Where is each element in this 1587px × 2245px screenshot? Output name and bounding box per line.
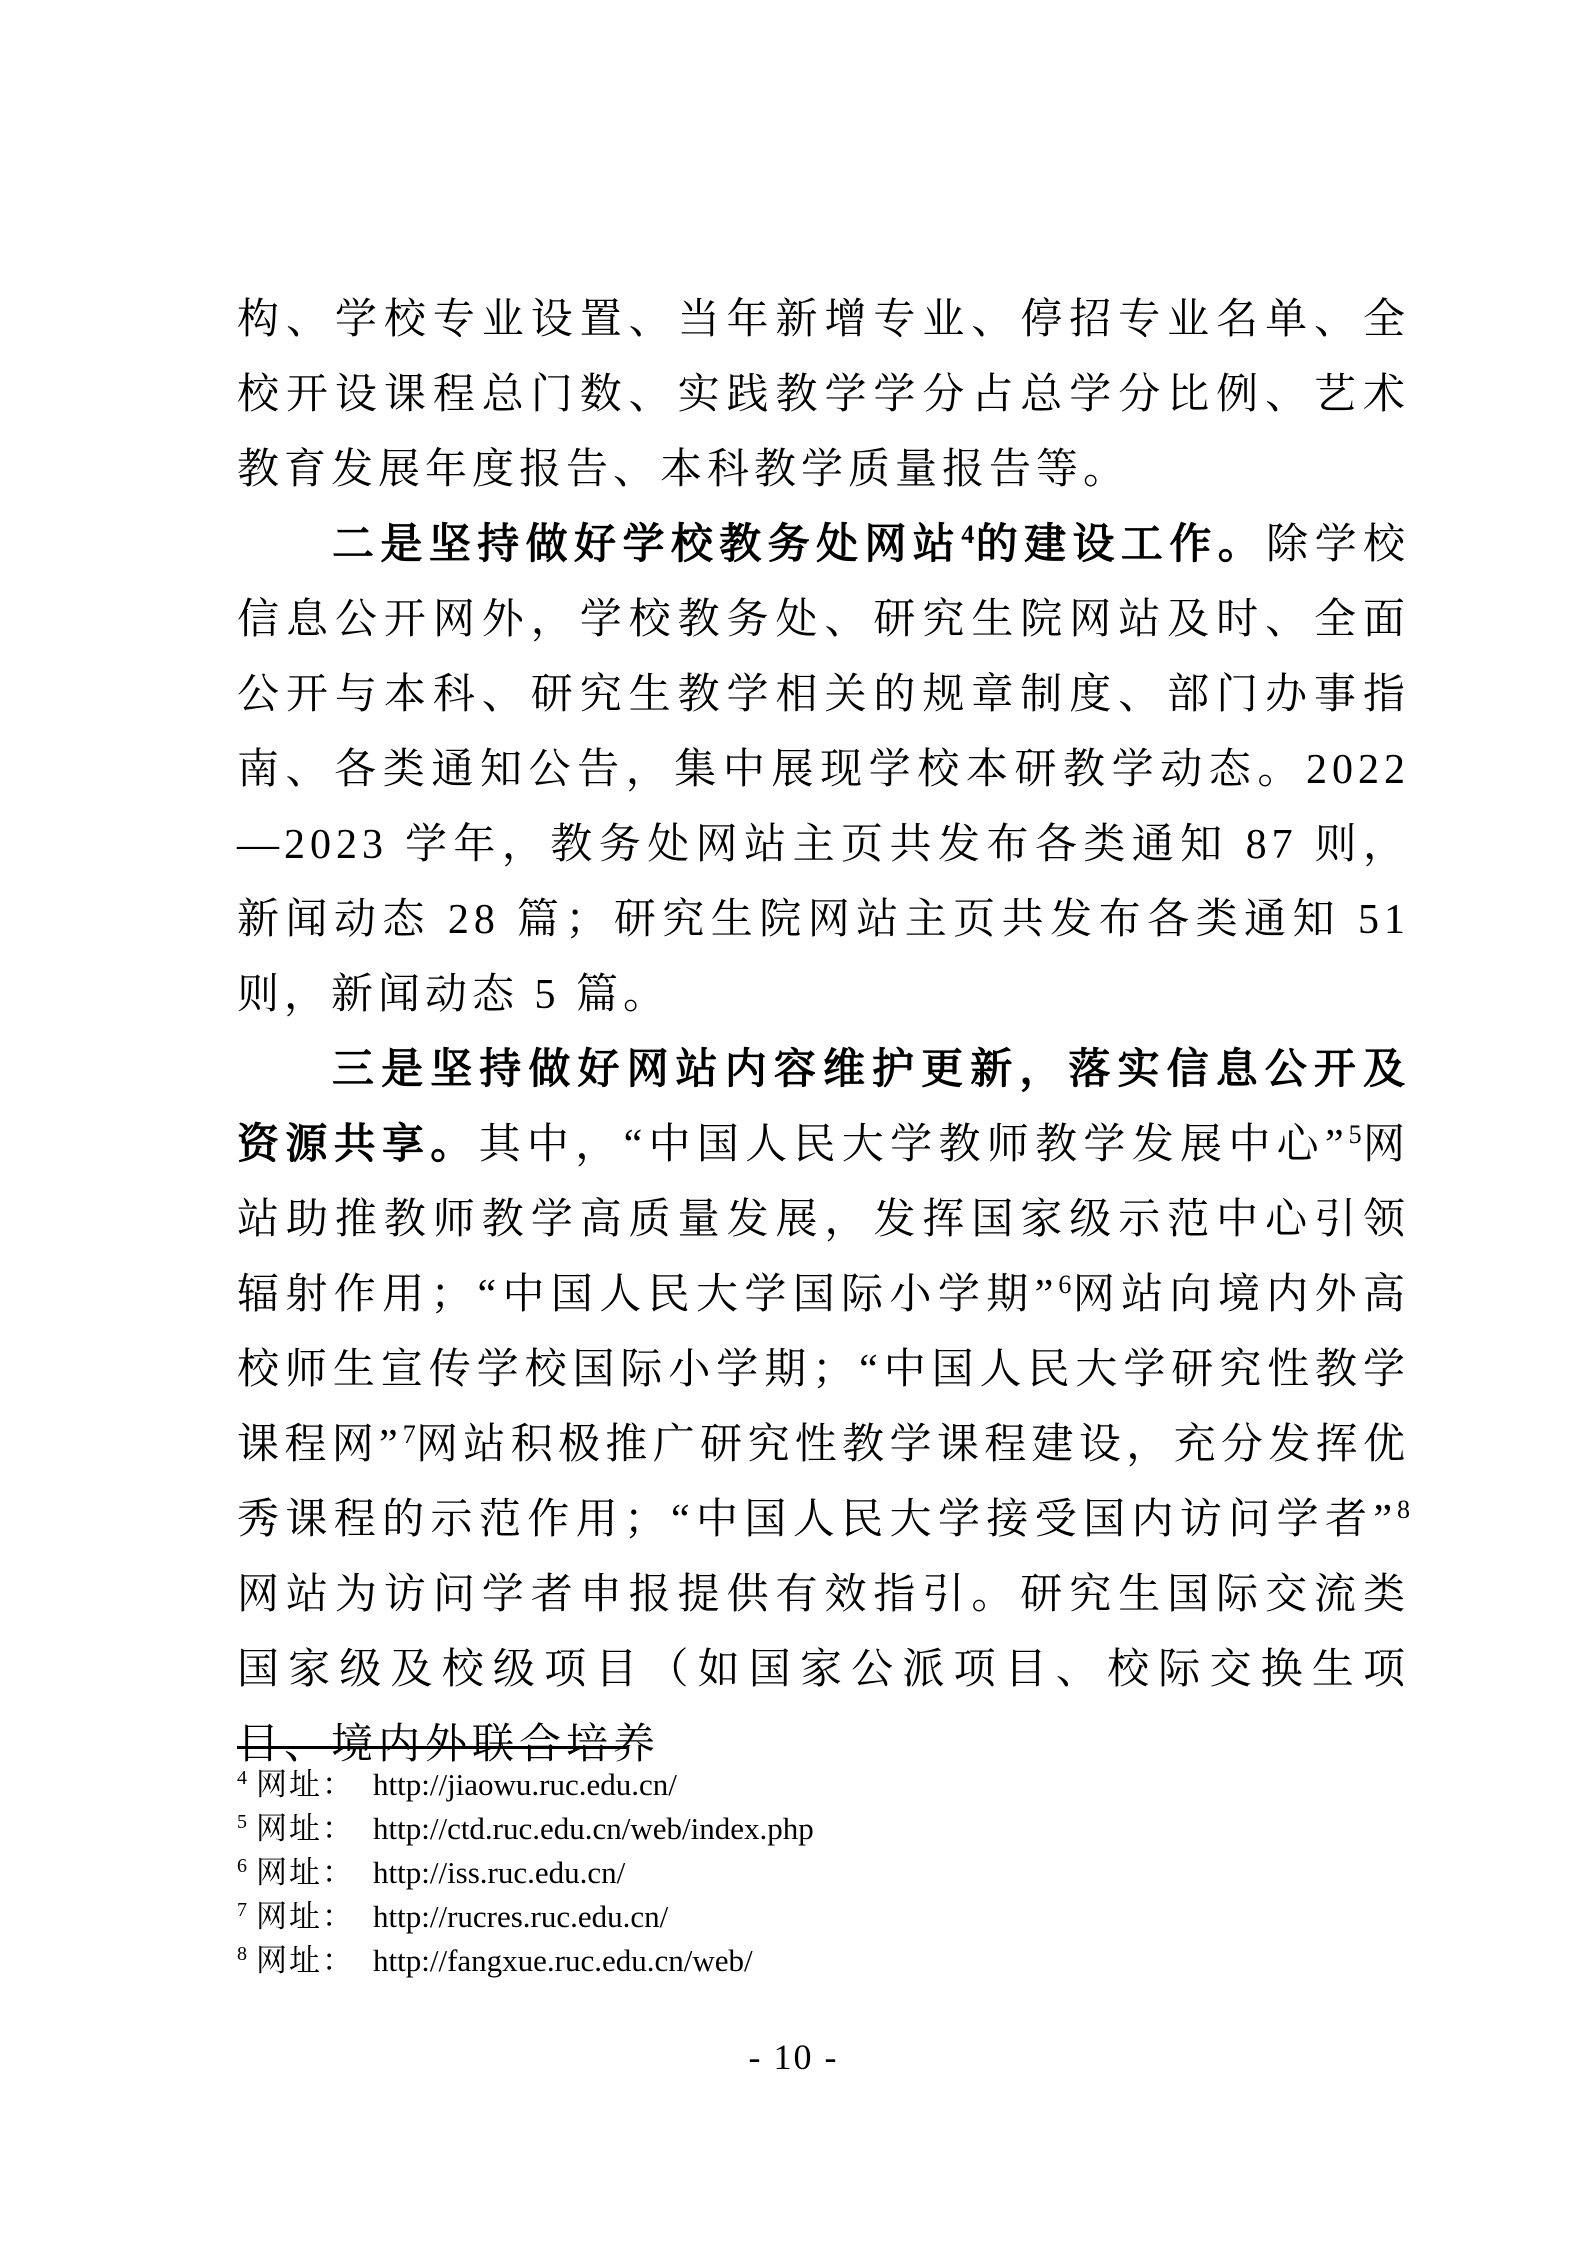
footnote-label: 网址： xyxy=(256,1767,355,1802)
page-number: - 10 - xyxy=(0,2036,1587,2078)
paragraph: 构、学校专业设置、当年新增专业、停招专业名单、全校开设课程总门数、实践教学学分占… xyxy=(237,283,1410,508)
text-run: 构、学校专业设置、当年新增专业、停招专业名单、全校开设课程总门数、实践教学学分占… xyxy=(237,297,1410,493)
text-run: 二是坚持做好学校教务处网站 xyxy=(332,522,961,568)
footnote-url: http://iss.ruc.edu.cn/ xyxy=(373,1855,625,1890)
footnote-label: 网址： xyxy=(256,1943,355,1978)
footnote-number: 8 xyxy=(237,1943,248,1965)
text-run: 的建设工作。 xyxy=(974,522,1266,568)
paragraph: 二是坚持做好学校教务处网站4的建设工作。除学校信息公开网外，学校教务处、研究生院… xyxy=(237,508,1410,1033)
footnote-separator xyxy=(237,1746,627,1749)
footnote-area: 4网址：http://jiaowu.ruc.edu.cn/5网址：http://… xyxy=(237,1746,1410,1983)
footnote-label: 网址： xyxy=(256,1811,355,1846)
footnote-item: 7网址：http://rucres.ruc.edu.cn/ xyxy=(237,1895,1410,1939)
footnote-label: 网址： xyxy=(256,1899,355,1934)
footnote-reference: 5 xyxy=(1349,1120,1362,1149)
footnote-number: 7 xyxy=(237,1899,248,1921)
footnote-reference: 7 xyxy=(403,1420,416,1449)
footnote-reference: 8 xyxy=(1397,1495,1410,1524)
text-run: 其中，“中国人民大学教师教学发展中心” xyxy=(479,1122,1349,1168)
footnote-number: 4 xyxy=(237,1767,248,1789)
footnote-item: 6网址：http://iss.ruc.edu.cn/ xyxy=(237,1851,1410,1895)
footnote-url: http://fangxue.ruc.edu.cn/web/ xyxy=(373,1943,753,1978)
footnote-number: 6 xyxy=(237,1855,248,1877)
footnote-item: 5网址：http://ctd.ruc.edu.cn/web/index.php xyxy=(237,1807,1410,1851)
footnote-item: 4网址：http://jiaowu.ruc.edu.cn/ xyxy=(237,1763,1410,1807)
text-run: 除学校信息公开网外，学校教务处、研究生院网站及时、全面公开与本科、研究生教学相关… xyxy=(237,522,1410,1018)
document-body: 构、学校专业设置、当年新增专业、停招专业名单、全校开设课程总门数、实践教学学分占… xyxy=(237,283,1410,1783)
footnote-label: 网址： xyxy=(256,1855,355,1890)
document-page: 构、学校专业设置、当年新增专业、停招专业名单、全校开设课程总门数、实践教学学分占… xyxy=(0,0,1587,2245)
footnote-url: http://ctd.ruc.edu.cn/web/index.php xyxy=(373,1811,814,1846)
footnote-url: http://rucres.ruc.edu.cn/ xyxy=(373,1899,668,1934)
text-run: 网站为访问学者申报提供有效指引。研究生国际交流类国家级及校级项目（如国家公派项目… xyxy=(237,1572,1410,1768)
footnote-list: 4网址：http://jiaowu.ruc.edu.cn/5网址：http://… xyxy=(237,1763,1410,1983)
footnote-reference: 6 xyxy=(1058,1270,1071,1299)
footnote-url: http://jiaowu.ruc.edu.cn/ xyxy=(373,1767,677,1802)
footnote-number: 5 xyxy=(237,1811,248,1833)
footnote-item: 8网址：http://fangxue.ruc.edu.cn/web/ xyxy=(237,1939,1410,1983)
footnote-reference: 4 xyxy=(961,520,974,549)
paragraph: 三是坚持做好网站内容维护更新，落实信息公开及资源共享。其中，“中国人民大学教师教… xyxy=(237,1033,1410,1783)
